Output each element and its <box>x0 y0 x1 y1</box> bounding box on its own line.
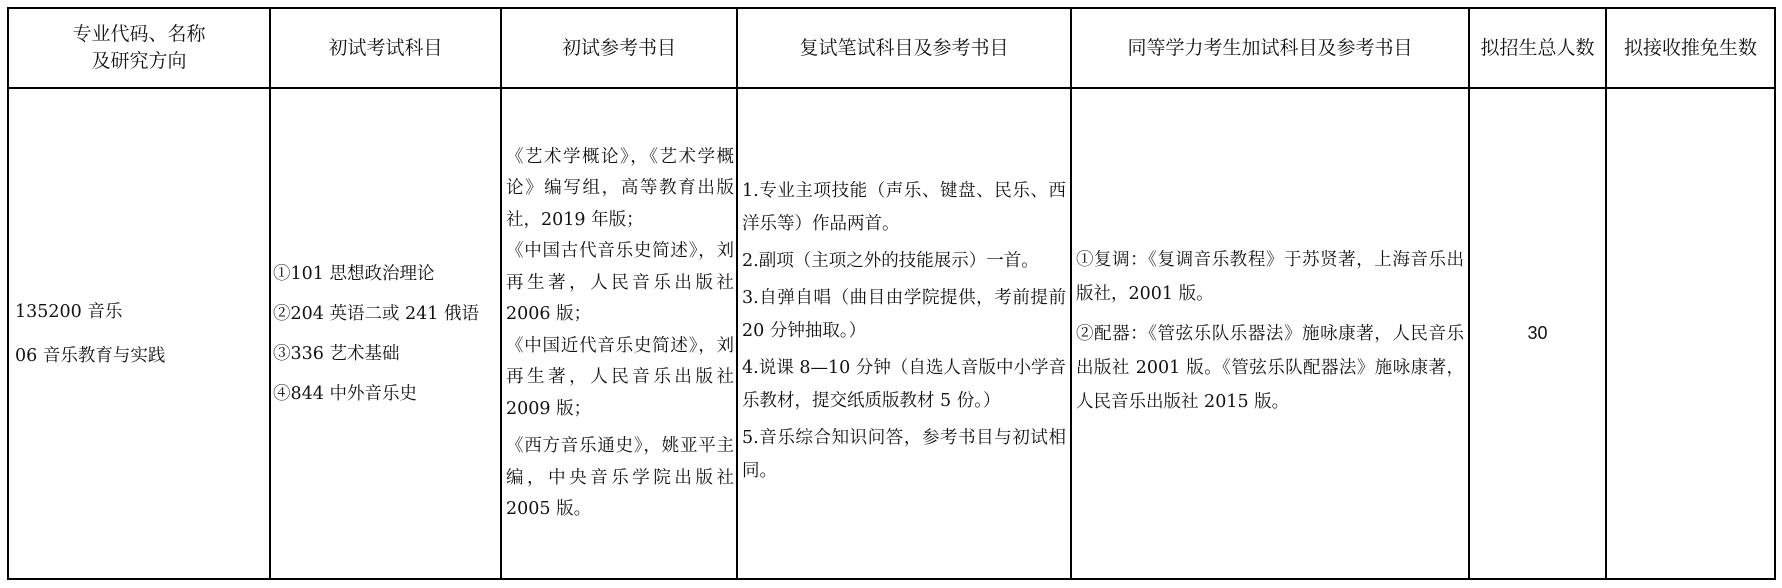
retest-item: 4.说课 8—10 分钟（自选人音版中小学音乐教材，提交纸质版教材 5 份。） <box>742 352 1066 418</box>
extra-subject: ①复调：《复调音乐教程》于苏贤著，上海音乐出版社，2001 版。 <box>1076 243 1464 311</box>
initial-subject: ④844 中外音乐史 <box>273 374 496 414</box>
cell-retest-subjects: 1.专业主项技能（声乐、键盘、民乐、西洋乐等）作品两首。 2.副项（主项之外的技… <box>737 88 1071 579</box>
reference-book: 《中国古代音乐史简述》，刘再生著，人民音乐出版社 2006 版； <box>506 236 734 331</box>
reference-book: 《西方音乐通史》，姚亚平主编，中央音乐学院出版社 2005 版。 <box>506 431 734 526</box>
header-total-enrollment: 拟招生总人数 <box>1469 8 1606 88</box>
initial-subject: ③336 艺术基础 <box>273 334 496 374</box>
header-retest-subjects: 复试笔试科目及参考书目 <box>737 8 1071 88</box>
cell-total-enrollment: 30 <box>1469 88 1606 579</box>
cell-initial-references: 《艺术学概论》，《艺术学概论》编写组，高等教育出版社，2019 年版； 《中国古… <box>501 88 737 579</box>
header-major-line2: 及研究方向 <box>9 48 269 75</box>
header-initial-references: 初试参考书目 <box>501 8 737 88</box>
retest-item: 1.专业主项技能（声乐、键盘、民乐、西洋乐等）作品两首。 <box>742 175 1066 241</box>
initial-subject: ①101 思想政治理论 <box>273 254 496 294</box>
header-major: 专业代码、名称 及研究方向 <box>8 8 270 88</box>
admissions-table: 专业代码、名称 及研究方向 初试考试科目 初试参考书目 复试笔试科目及参考书目 … <box>7 7 1776 580</box>
header-major-line1: 专业代码、名称 <box>9 21 269 48</box>
research-direction: 06 音乐教育与实践 <box>15 334 265 378</box>
table-row: 135200 音乐 06 音乐教育与实践 ①101 思想政治理论 ②204 英语… <box>8 88 1775 579</box>
header-row: 专业代码、名称 及研究方向 初试考试科目 初试参考书目 复试笔试科目及参考书目 … <box>8 8 1775 88</box>
extra-subject: ②配器：《管弦乐队乐器法》施咏康著，人民音乐出版社 2001 版。《管弦乐队配器… <box>1076 317 1464 419</box>
cell-exempt-students <box>1606 88 1775 579</box>
retest-item: 2.副项（主项之外的技能展示）一首。 <box>742 245 1066 278</box>
retest-item: 5.音乐综合知识问答，参考书目与初试相同。 <box>742 422 1066 488</box>
total-enrollment-value: 30 <box>1470 323 1605 344</box>
header-initial-subjects: 初试考试科目 <box>270 8 501 88</box>
cell-initial-subjects: ①101 思想政治理论 ②204 英语二或 241 俄语 ③336 艺术基础 ④… <box>270 88 501 579</box>
initial-subject: ②204 英语二或 241 俄语 <box>273 294 496 334</box>
reference-book: 《艺术学概论》，《艺术学概论》编写组，高等教育出版社，2019 年版； <box>506 142 734 237</box>
major-code-name: 135200 音乐 <box>15 290 265 334</box>
retest-item: 3.自弹自唱（曲目由学院提供，考前提前 20 分钟抽取。） <box>742 282 1066 348</box>
reference-book: 《中国近代音乐史简述》，刘再生著，人民音乐出版社 2009 版； <box>506 331 734 426</box>
cell-equivalent-extra: ①复调：《复调音乐教程》于苏贤著，上海音乐出版社，2001 版。 ②配器：《管弦… <box>1071 88 1469 579</box>
cell-major: 135200 音乐 06 音乐教育与实践 <box>8 88 270 579</box>
header-equivalent-extra: 同等学力考生加试科目及参考书目 <box>1071 8 1469 88</box>
header-exempt-students: 拟接收推免生数 <box>1606 8 1775 88</box>
